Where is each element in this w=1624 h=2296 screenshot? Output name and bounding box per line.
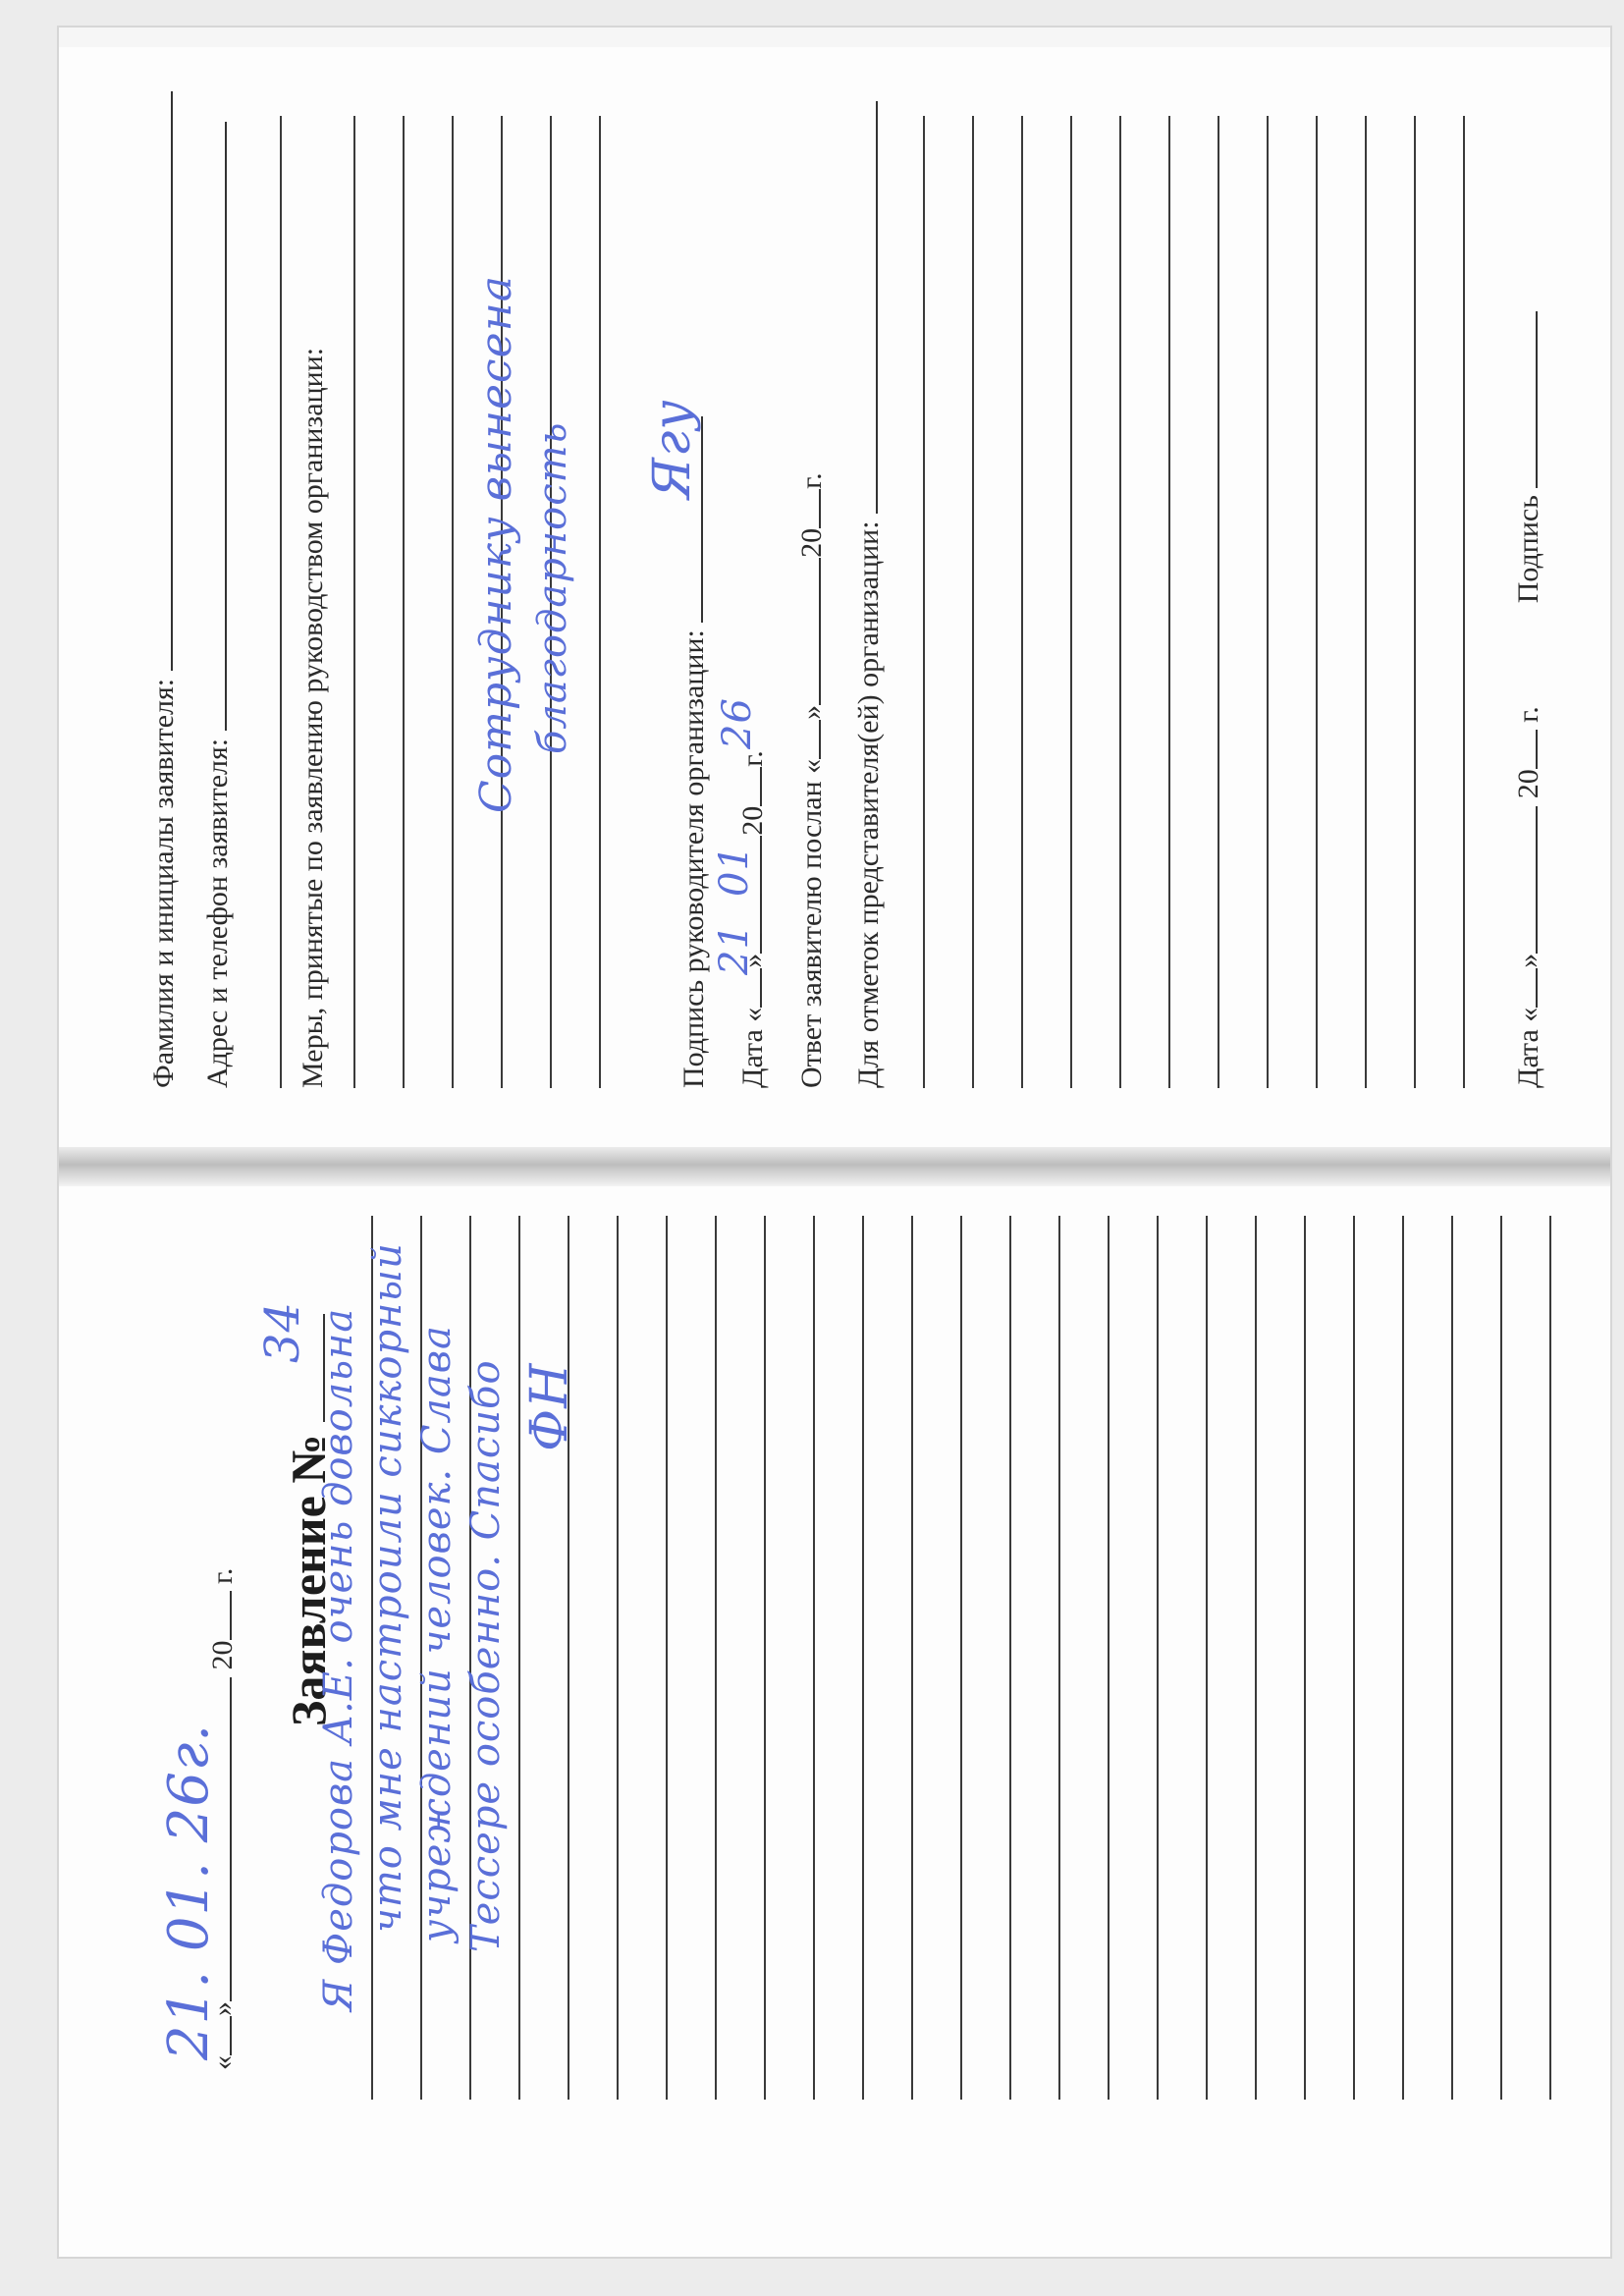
left-page: «» 20 г. 21. 01. 26г. Заявление № 34 Я Ф…: [59, 1186, 1610, 2257]
address-rule: [280, 116, 282, 1088]
ruled-line: [1070, 116, 1072, 1088]
decision-year-suffix: г.: [736, 750, 769, 766]
ruled-line: [1353, 1216, 1355, 2100]
statement-line-4: Тессере особенно. Спасибо: [463, 1359, 509, 1952]
notes-row: Для отметок представителя(ей) организаци…: [852, 101, 886, 1088]
ruled-line: [1009, 1216, 1011, 2100]
footer-year-suffix: г.: [1512, 706, 1544, 722]
ruled-line: [764, 1216, 766, 2100]
footer-date-label: Дата «: [1512, 1008, 1544, 1088]
decision-date-year: 26: [715, 697, 760, 749]
ruled-line: [1549, 1216, 1551, 2100]
footer-row: Дата «» 20 г. Подпись: [1512, 311, 1545, 1088]
ruled-line: [1255, 1216, 1257, 2100]
ruled-line: [960, 1216, 962, 2100]
reply-year-prefix: 20: [795, 528, 828, 558]
statement-line-3: учреждений человек. Слава: [414, 1325, 460, 1942]
ruled-line: [1157, 1216, 1159, 2100]
ruled-line: [452, 116, 454, 1088]
decision-year-prefix: 20: [736, 806, 769, 836]
ruled-line: [666, 1216, 668, 2100]
footer-year-prefix: 20: [1512, 769, 1544, 798]
notes-label: Для отметок представителя(ей) организаци…: [852, 520, 885, 1088]
ruled-line: [1414, 116, 1416, 1088]
ruled-line: [353, 116, 355, 1088]
reply-label: Ответ заявителю послан «: [795, 759, 828, 1088]
measures-label: Меры, принятые по заявлению руководством…: [297, 348, 330, 1088]
ruled-line: [715, 1216, 717, 2100]
ruled-line: [1451, 1216, 1453, 2100]
applicant-name-label: Фамилия и инициалы заявителя:: [147, 679, 180, 1088]
ruled-line: [911, 1216, 913, 2100]
applicant-name-row: Фамилия и инициалы заявителя:: [147, 91, 181, 1088]
decision-date-label: Дата «: [736, 1008, 769, 1088]
notes-field[interactable]: [876, 101, 878, 514]
measures-line-1: Сотруднику вынесена: [471, 275, 521, 813]
ruled-line: [1304, 1216, 1306, 2100]
head-signature-mark: Ягу: [643, 400, 702, 499]
ruled-line: [972, 116, 974, 1088]
ruled-line: [1316, 116, 1318, 1088]
statement-line-1: Я Федорова А.Е. очень довольна: [316, 1308, 361, 2011]
applicant-address-label: Адрес и телефон заявителя:: [201, 738, 234, 1088]
decision-date-month: 01: [712, 845, 757, 897]
head-signature-row: Подпись руководителя организации:: [677, 416, 711, 1088]
head-signature-label: Подпись руководителя организации:: [677, 629, 710, 1088]
footer-date-close: »: [1512, 954, 1544, 968]
ruled-line: [1500, 1216, 1502, 2100]
rotated-scan: «» 20 г. 21. 01. 26г. Заявление № 34 Я Ф…: [0, 0, 1624, 2296]
ruled-line: [568, 1216, 569, 2100]
statement-line-2: что мне настроили сиккорный: [365, 1242, 410, 1933]
reply-year-suffix: г.: [795, 472, 828, 488]
footer-signature-field[interactable]: [1536, 311, 1538, 488]
right-page: Фамилия и инициалы заявителя: Адрес и те…: [59, 47, 1610, 1147]
open-register-book: «» 20 г. 21. 01. 26г. Заявление № 34 Я Ф…: [59, 27, 1610, 2257]
ruled-line: [1463, 116, 1465, 1088]
book-spine: [59, 1147, 1610, 1186]
reply-row: Ответ заявителю послан «»20г.: [795, 472, 829, 1088]
ruled-line: [403, 116, 405, 1088]
ruled-line: [1168, 116, 1170, 1088]
ruled-line: [813, 1216, 815, 2100]
ruled-line: [1108, 1216, 1110, 2100]
applicant-address-field[interactable]: [225, 122, 227, 731]
ruled-line: [1119, 116, 1121, 1088]
applicant-signature: ФН: [520, 1362, 579, 1451]
statement-number: 34: [255, 1301, 310, 1363]
measures-line-2: благодарность: [530, 422, 575, 754]
decision-date-day: 21: [712, 923, 757, 975]
applicant-address-row: Адрес и телефон заявителя:: [201, 122, 235, 1088]
date-year-prefix: 20: [206, 1641, 239, 1670]
ruled-line: [1365, 116, 1367, 1088]
ruled-line: [1267, 116, 1269, 1088]
handwritten-statement-date: 21. 01. 26г.: [157, 1723, 221, 2060]
reply-close: »: [795, 705, 828, 720]
decision-date-row: Дата «»20г.: [736, 750, 770, 1088]
date-year-suffix: г.: [206, 1568, 239, 1584]
ruled-line: [862, 1216, 864, 2100]
ruled-line: [1021, 116, 1023, 1088]
footer-signature-label: Подпись: [1512, 495, 1544, 603]
ruled-line: [617, 1216, 619, 2100]
ruled-line: [1218, 116, 1219, 1088]
ruled-line: [518, 1216, 520, 2100]
ruled-line: [1058, 1216, 1060, 2100]
ruled-line: [923, 116, 925, 1088]
applicant-name-field[interactable]: [171, 91, 173, 671]
ruled-line: [1206, 1216, 1208, 2100]
ruled-line: [1402, 1216, 1404, 2100]
ruled-line: [599, 116, 601, 1088]
